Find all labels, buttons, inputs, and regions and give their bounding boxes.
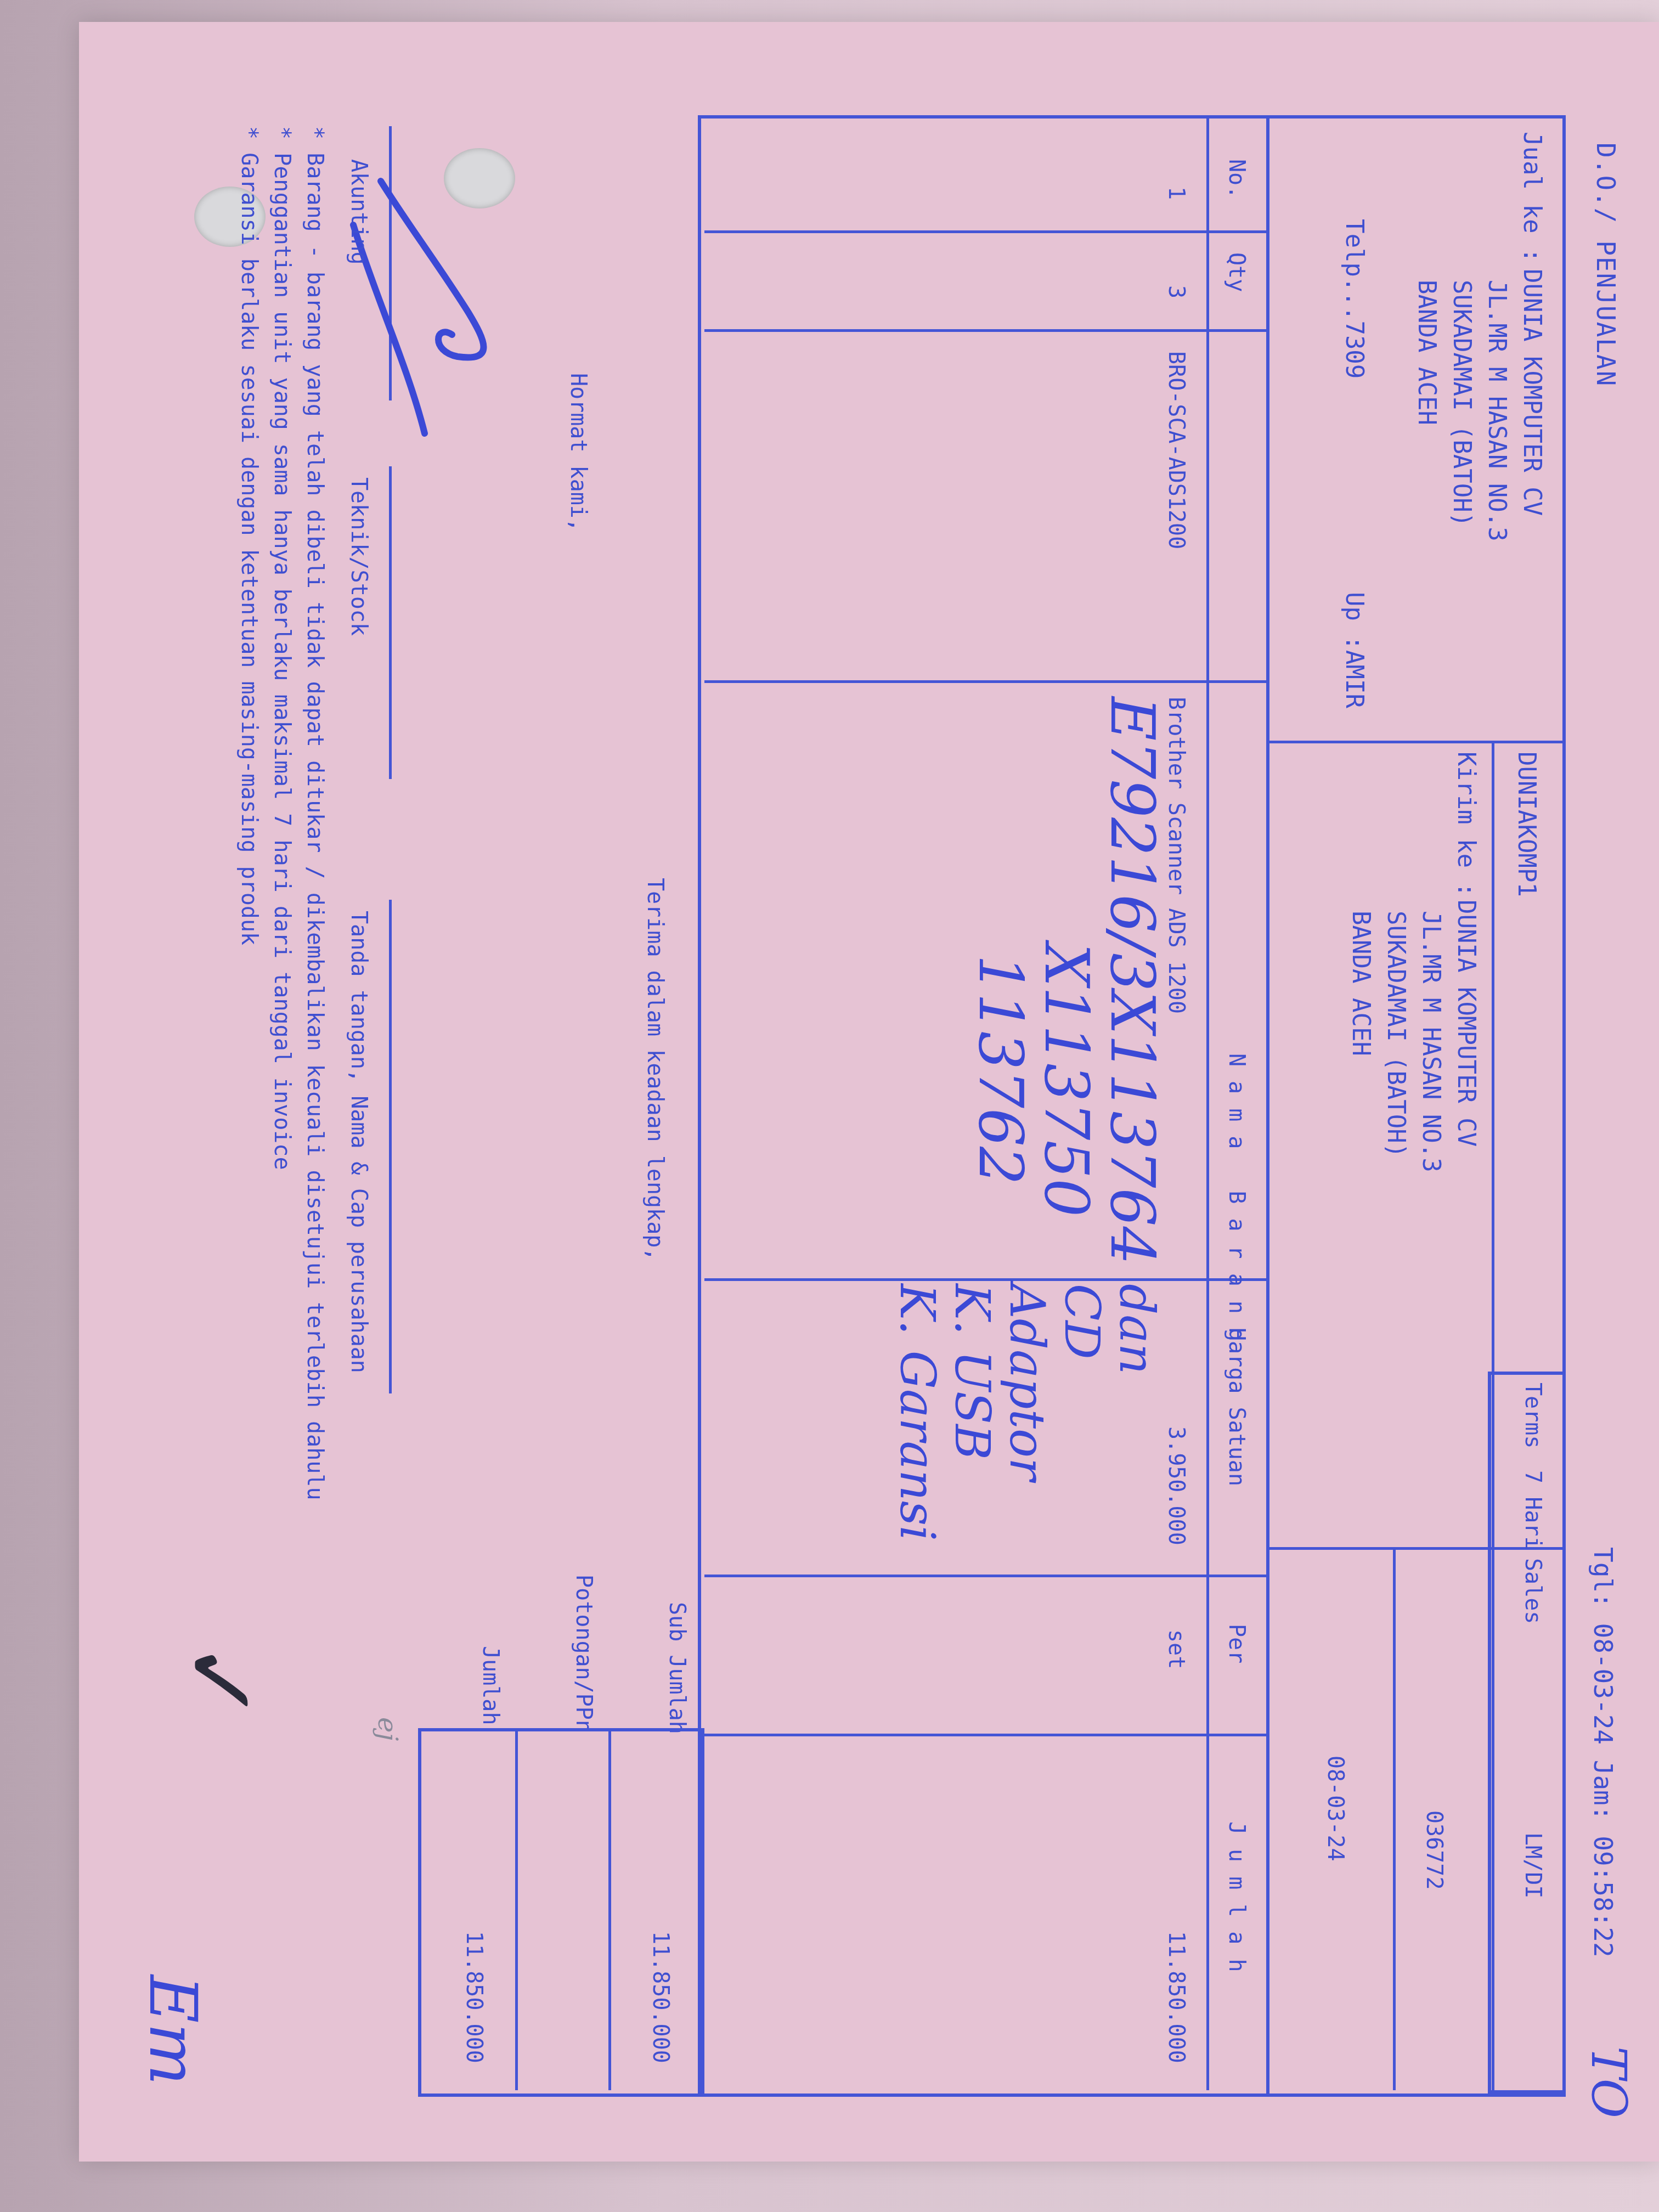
ship-to-name: DUNIA KOMPUTER CV	[1448, 900, 1483, 1147]
document-date: 08-03-24	[1319, 1756, 1352, 1861]
regards-label: Hormat kami,	[562, 373, 595, 532]
row-per: set	[1160, 1629, 1193, 1669]
receipt-note: Terima dalam keadaan lengkap,	[639, 878, 672, 1261]
handwritten-small-note: ej	[372, 1717, 403, 1741]
row-unit-price: 3.950.000	[1160, 1426, 1193, 1545]
check-mark-icon: ✓	[162, 1640, 276, 1723]
customer-signature-line	[389, 900, 392, 1393]
customer-signature-label: Tanda tangan, Nama & Cap perusahaan	[342, 911, 375, 1373]
header-per: Per	[1220, 1624, 1253, 1663]
handwritten-accessory-1: dan	[1108, 1284, 1165, 1374]
header-qty: Qty	[1220, 252, 1253, 292]
delivery-order-sheet: D.O./ PENJUALAN Tgl: 08-03-24 Jam: 09:58…	[79, 22, 1659, 2162]
handwritten-serial-1: E79216/3X113764	[1099, 697, 1165, 1265]
footnote-2: * Penggantian unit yang sama hanya berla…	[266, 126, 298, 1170]
phone-value: ..7309	[1340, 291, 1368, 379]
phone-row: Telp...7309	[1301, 132, 1407, 379]
header-unit-price: Harga Satuan	[1220, 1328, 1253, 1486]
header-no: No.	[1220, 159, 1253, 199]
attention-row: Up :AMIR	[1301, 505, 1407, 708]
stock-signature-line	[389, 466, 392, 779]
sold-to-address-1: JL.MR M HASAN NO.3	[1479, 280, 1514, 541]
handwritten-initials: Em	[134, 1975, 211, 2085]
row-qty: 3	[1160, 285, 1193, 298]
subtotal-value: 11.850.000	[644, 1931, 677, 2063]
terms-label: Terms	[1516, 1383, 1549, 1448]
footnote-3: * Garansi berlaku sesuai dengan ketentua…	[233, 126, 266, 945]
footnote-1: * Barang - barang yang telah dibeli tida…	[298, 126, 331, 1500]
handwritten-accessory-4: K. USB	[944, 1284, 1001, 1460]
document-title: D.O./ PENJUALAN	[1591, 143, 1621, 387]
handwritten-accessory-2: CD	[1053, 1284, 1110, 1359]
sales-value: LM/DI	[1516, 1832, 1549, 1898]
sold-to-address-2: SUKADAMAI (BATOH)	[1444, 280, 1479, 527]
customer-code: DUNIAKOMP1	[1509, 752, 1544, 897]
row-no: 1	[1160, 187, 1193, 200]
attention-label: Up :	[1340, 592, 1368, 650]
header-amount: Jumlah	[1220, 1821, 1253, 1987]
document-number: 036772	[1418, 1810, 1451, 1890]
handwritten-serial-3: 113762	[968, 955, 1034, 1185]
handwritten-corner-mark: TO	[1580, 2046, 1637, 2118]
ship-to-address-1: JL.MR M HASAN NO.3	[1413, 911, 1448, 1172]
discount-label: Potongan/PPn	[567, 1575, 600, 1733]
phone-label: Telp.	[1340, 219, 1368, 291]
ship-to-address-2: SUKADAMAI (BATOH)	[1378, 911, 1413, 1158]
sales-label: Sales	[1516, 1558, 1549, 1624]
handwritten-accessory-5: K. Garansi	[889, 1284, 946, 1541]
header-item-name: Nama Barang	[1220, 1053, 1253, 1356]
ship-to-city: BANDA ACEH	[1343, 911, 1378, 1056]
ship-to-label: Kirim ke :	[1448, 752, 1483, 897]
total-value: 11.850.000	[458, 1931, 490, 2063]
sold-to-label: Jual ke :	[1514, 132, 1549, 262]
row-amount: 11.850.000	[1160, 1931, 1193, 2063]
date-time: Tgl: 08-03-24 Jam: 09:58:22	[1585, 1547, 1621, 1957]
total-label: Jumlah	[474, 1646, 507, 1725]
accounting-label: Akunting	[342, 159, 375, 265]
sold-to-name: DUNIA KOMPUTER CV	[1514, 269, 1549, 516]
row-item-code: BRO-SCA-ADS1200	[1160, 351, 1193, 549]
attention-value: AMIR	[1340, 650, 1368, 708]
sold-to-city: BANDA ACEH	[1409, 280, 1444, 425]
handwritten-serial-2: X113750	[1034, 944, 1099, 1217]
stock-label: Teknik/Stock	[342, 477, 375, 636]
handwritten-accessory-3: Adaptor	[998, 1284, 1056, 1481]
photo-background: D.O./ PENJUALAN Tgl: 08-03-24 Jam: 09:58…	[0, 0, 1659, 2212]
subtotal-label: Sub Jumlah	[661, 1602, 693, 1734]
terms-value: 7 Hari	[1516, 1470, 1549, 1550]
